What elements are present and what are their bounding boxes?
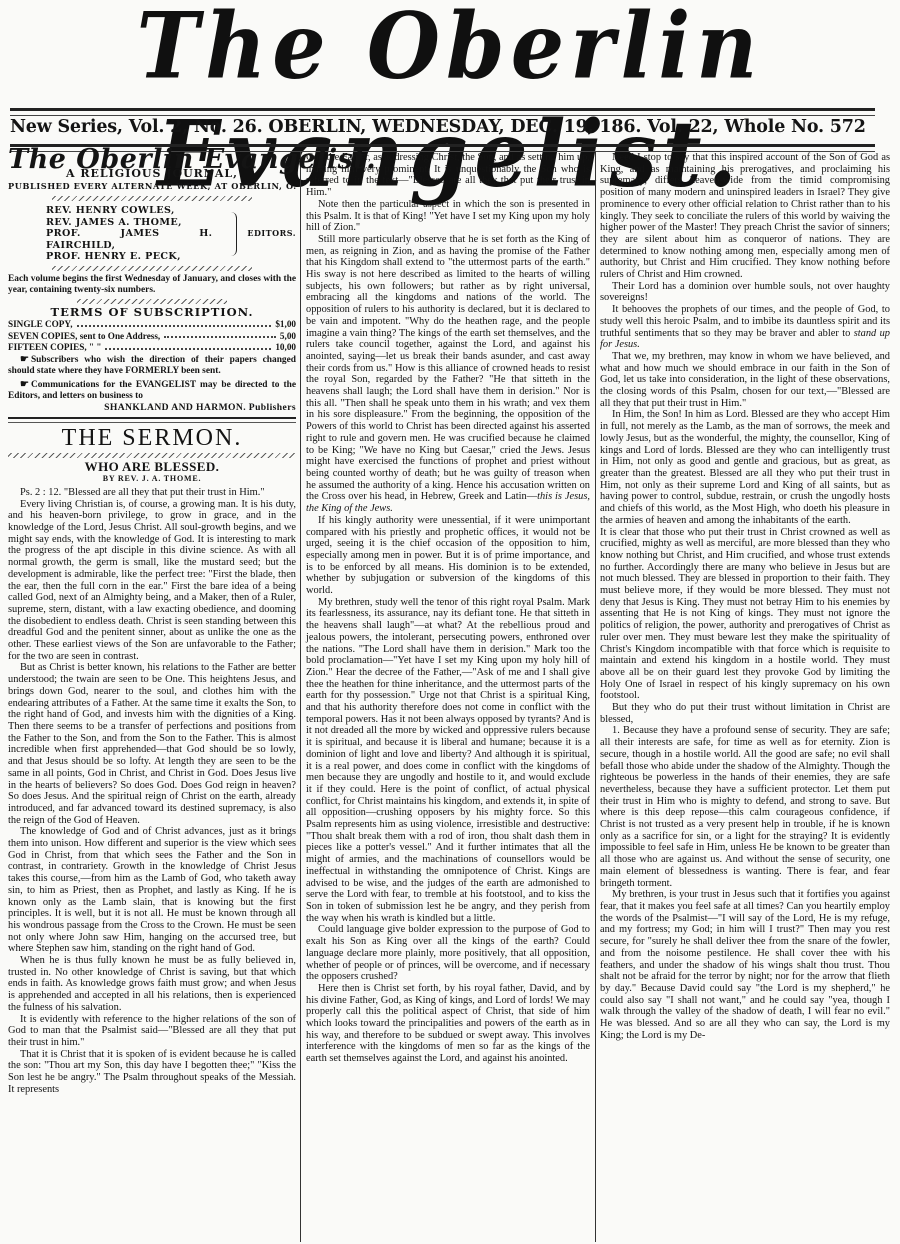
paragraph: If his kingly authority were unessential… xyxy=(306,515,590,597)
paragraph: Note then the particular aspect in which… xyxy=(306,199,590,234)
editor-name: PROF. JAMES H. FAIRCHILD, xyxy=(46,228,212,251)
paragraph: But they who do put their trust without … xyxy=(600,702,890,725)
pointing-hand-icon: ☛ xyxy=(20,379,29,390)
terms-title: TERMS OF SUBSCRIPTION. xyxy=(8,307,296,319)
editors-label: EDITORS. xyxy=(247,228,296,240)
paragraph: 1. Because they have a profound sense of… xyxy=(600,725,890,889)
price-label: FIFTEEN COPIES, " " xyxy=(8,342,101,354)
paragraph: The knowledge of God and of Christ advan… xyxy=(8,826,296,955)
ornamental-rule xyxy=(52,266,252,271)
price-amount: 10,00 xyxy=(275,342,296,354)
section-heading: THE SERMON. xyxy=(8,426,296,450)
column-divider xyxy=(300,152,301,1242)
column-divider xyxy=(595,152,596,1242)
column-1: The Oberlin Evangelist. A RELIGIOUS JOUR… xyxy=(8,152,296,1244)
communications-note: ☛Communications for the EVANGELIST may b… xyxy=(8,379,296,402)
ornamental-rule xyxy=(8,453,296,458)
masthead-rule xyxy=(10,108,875,116)
scripture-text: Ps. 2 : 12. "Blessed are all they that p… xyxy=(8,487,296,499)
direction-note: ☛Subscribers who wish the direction of t… xyxy=(8,354,296,377)
paragraph: Every living Christian is, of course, a … xyxy=(8,499,296,663)
ornamental-rule xyxy=(52,196,252,201)
ornamental-rule xyxy=(77,299,227,304)
paragraph: That we, my brethren, may know in whom w… xyxy=(600,351,890,410)
column-3: Need I stop to say that this inspired ac… xyxy=(600,152,890,1244)
editor-name: REV. JAMES A. THOME, xyxy=(46,217,212,229)
leader-dots xyxy=(105,342,271,350)
paragraph: My brethren, study well the tenor of thi… xyxy=(306,597,590,925)
paragraph: Could language give bolder expression to… xyxy=(306,924,590,983)
paragraph: When he is thus fully known he must be a… xyxy=(8,955,296,1014)
paragraph: That it is Christ that it is spoken of i… xyxy=(8,1049,296,1096)
masthead: The Oberlin Evangelist. xyxy=(0,0,900,100)
section-rule xyxy=(8,417,296,423)
publishers: SHANKLAND AND HARMON. Publishers xyxy=(8,402,296,414)
paragraph: It is clear that those who put their tru… xyxy=(600,527,890,703)
paragraph: Still more particularly observe that he … xyxy=(306,234,590,515)
dateline: New Series, Vol. 2, No. 26. OBERLIN, WED… xyxy=(10,117,880,137)
editor-name: PROF. HENRY E. PECK, xyxy=(46,251,212,263)
price-row: SEVEN COPIES, sent to One Address, 5,00 xyxy=(8,331,296,343)
column-2: God the Father, as addressing Christ, th… xyxy=(306,152,590,1244)
volume-note: Each volume begins the first Wednesday o… xyxy=(8,274,296,296)
paragraph: Need I stop to say that this inspired ac… xyxy=(600,152,890,281)
sermon-byline: BY REV. J. A. THOME. xyxy=(8,473,296,485)
paragraph: Their Lord has a dominion over humble so… xyxy=(600,281,890,304)
paragraph: But as Christ is better known, his relat… xyxy=(8,662,296,826)
leader-dots xyxy=(164,331,276,339)
publication-box: The Oberlin Evangelist. A RELIGIOUS JOUR… xyxy=(8,154,296,414)
price-row: SINGLE COPY, $1,00 xyxy=(8,319,296,331)
paragraph: God the Father, as addressing Christ, th… xyxy=(306,152,590,199)
leader-dots xyxy=(77,319,272,327)
sermon-title: WHO ARE BLESSED. xyxy=(8,461,296,473)
price-label: SEVEN COPIES, sent to One Address, xyxy=(8,331,160,343)
brace-icon xyxy=(228,212,237,256)
paragraph: My brethren, is your trust in Jesus such… xyxy=(600,889,890,1041)
pointing-hand-icon: ☛ xyxy=(20,354,29,365)
price-row: FIFTEEN COPIES, " " 10,00 xyxy=(8,342,296,354)
paragraph: It behooves the prophets of our times, a… xyxy=(600,304,890,351)
editors-block: REV. HENRY COWLES, REV. JAMES A. THOME, … xyxy=(46,205,296,263)
publication-title: The Oberlin Evangelist. xyxy=(8,154,296,166)
price-label: SINGLE COPY, xyxy=(8,319,73,331)
paragraph: Here then is Christ set forth, by his ro… xyxy=(306,983,590,1065)
editor-name: REV. HENRY COWLES, xyxy=(46,205,212,217)
paragraph: It is evidently with reference to the hi… xyxy=(8,1014,296,1049)
editors-list: REV. HENRY COWLES, REV. JAMES A. THOME, … xyxy=(46,205,212,263)
publication-frequency: PUBLISHED EVERY ALTERNATE WEEK, AT OBERL… xyxy=(8,181,296,193)
paragraph: In Him, the Son! In him as Lord. Blessed… xyxy=(600,409,890,526)
price-amount: $1,00 xyxy=(275,319,296,331)
price-amount: 5,00 xyxy=(280,331,296,343)
